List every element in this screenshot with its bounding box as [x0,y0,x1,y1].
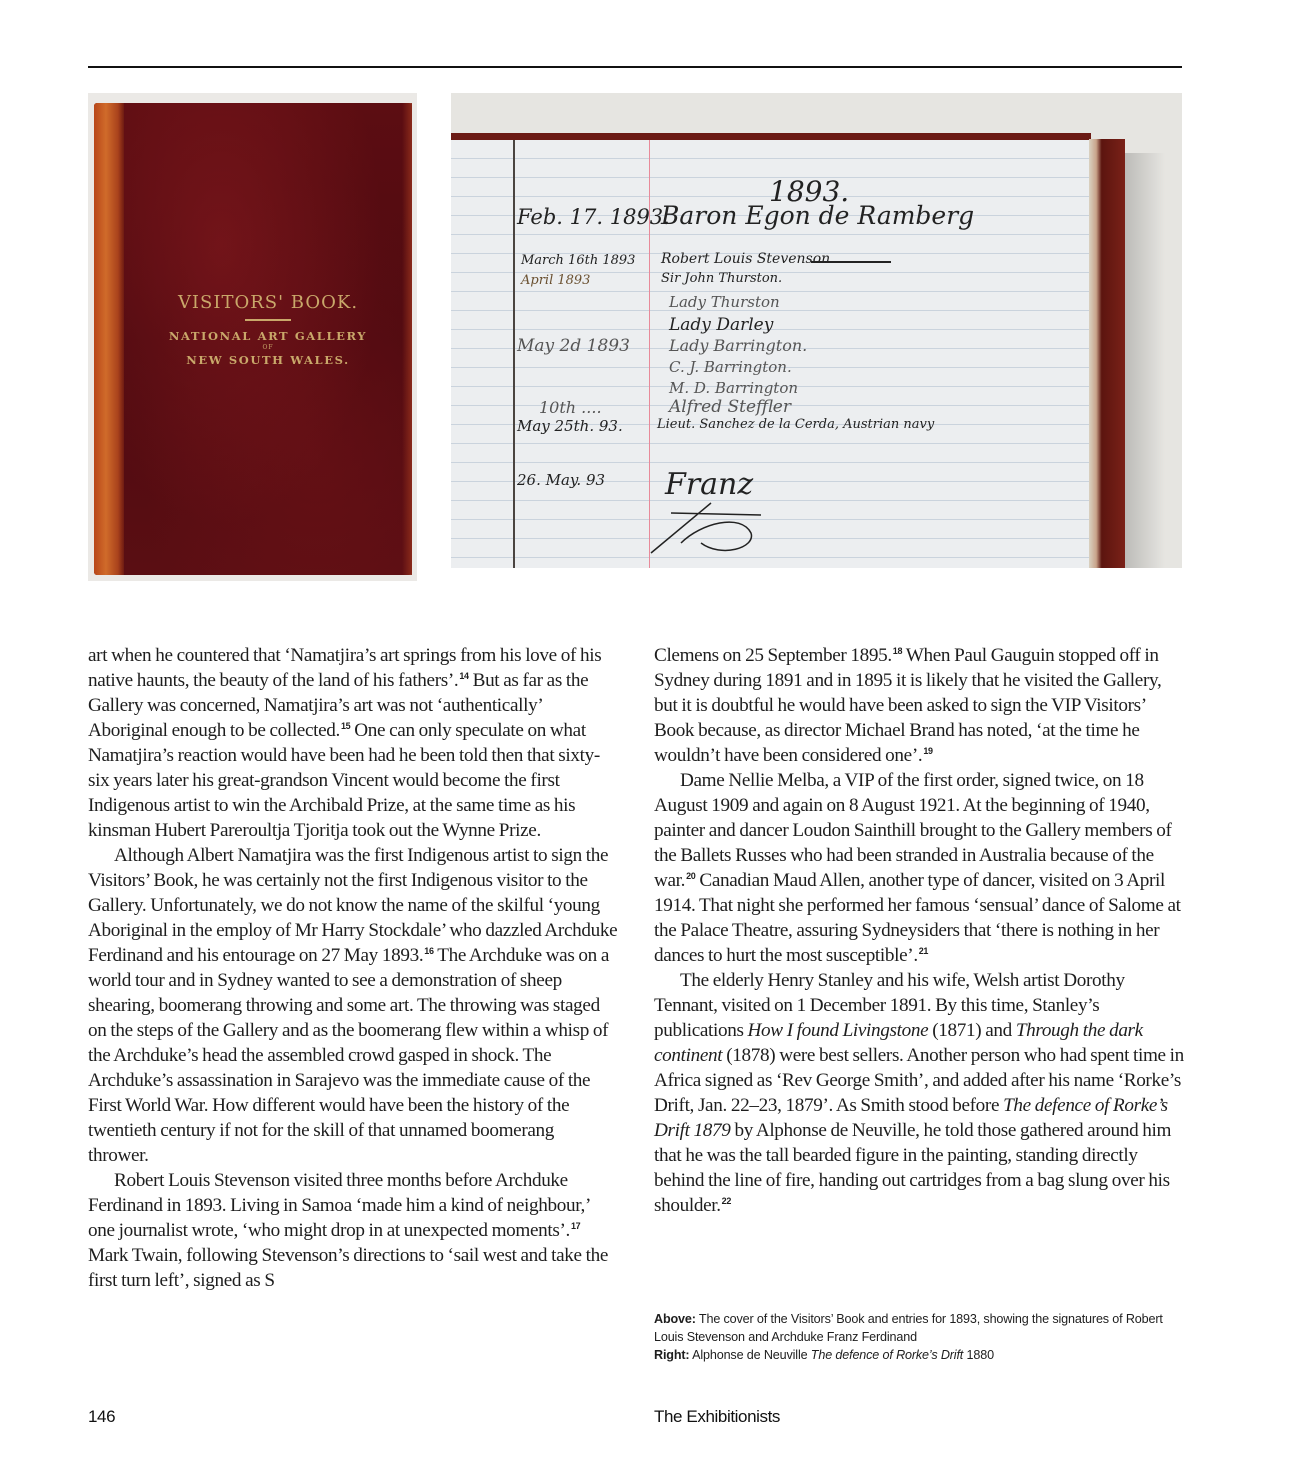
book-spine [94,103,124,575]
paragraph: Clemens on 25 September 1895.18 When Pau… [654,643,1184,768]
caption-above: Above: The cover of the Visitors’ Book a… [654,1310,1174,1346]
ledger-name: Lady Thurston [669,293,780,311]
visitors-book-cover-image: VISITORS' BOOK. NATIONAL ART GALLERY OF … [88,93,417,581]
ledger-name: M. D. Barrington [669,379,798,397]
ledger-name: Alfred Steffler [669,397,791,417]
ledger-name: Sir John Thurston. [661,271,782,286]
ledger-name: Lieut. Sanchez de la Cerda, Austrian nav… [657,417,934,432]
running-footer-title: The Exhibitionists [654,1407,780,1427]
caption-right-text: Alphonse de Neuville [689,1348,810,1362]
top-rule [88,66,1182,68]
title-italic: How I found Livingstone [748,1020,929,1041]
cover-of: OF [124,343,412,353]
caption-artwork-year: 1880 [963,1348,994,1362]
caption-artwork-title: The defence of Rorke’s Drift [811,1348,963,1362]
footnote-ref: 21 [919,946,928,956]
cover-subtitle: NATIONAL ART GALLERY [124,329,412,343]
footnote-ref: 16 [424,946,433,956]
title-italic: The defence of Rorke’s Drift 1879 [654,1095,1168,1141]
footnote-ref: 20 [686,871,695,881]
ledger-gutter [513,140,515,568]
footnote-ref: 15 [341,721,350,731]
book-cover: VISITORS' BOOK. NATIONAL ART GALLERY OF … [94,103,412,575]
ledger-date: May 2d 1893 [517,336,630,356]
cover-location: NEW SOUTH WALES. [124,353,412,367]
ledger-shadow [1125,153,1165,568]
ledger-underline [811,261,891,263]
ledger-date: 26. May. 93 [517,471,605,489]
paragraph: Although Albert Namatjira was the first … [88,843,618,1168]
ledger-name: Lady Barrington. [669,336,807,355]
paragraph: The elderly Henry Stanley and his wife, … [654,968,1184,1218]
footnote-ref: 19 [923,746,932,756]
caption-right-label: Right: [654,1348,689,1362]
body-column-left: art when he countered that ‘Namatjira’s … [88,643,618,1293]
body-column-right: Clemens on 25 September 1895.18 When Pau… [654,643,1184,1218]
figure-caption: Above: The cover of the Visitors’ Book a… [654,1310,1174,1364]
footnote-ref: 22 [722,1196,731,1206]
caption-right: Right: Alphonse de Neuville The defence … [654,1346,1174,1364]
ledger-date: April 1893 [521,273,590,288]
ledger-name: Robert Louis Stevenson [661,251,830,267]
footnote-ref: 14 [459,671,468,681]
page-number: 146 [88,1407,115,1427]
caption-above-label: Above: [654,1312,696,1326]
cover-ornament [245,319,291,321]
ledger-name: C. J. Barrington. [669,358,792,376]
ledger-date: Feb. 17. 1893. [517,205,670,229]
ledger-name: Baron Egon de Ramberg [661,201,974,230]
signature-flourish-icon [641,483,781,563]
ledger-date: May 25th. 93. [517,417,623,435]
visitors-book-entries-image: 1893. Feb. 17. 1893. Baron Egon de Rambe… [451,93,1182,568]
ledger-page-edge [1089,139,1125,568]
ledger-date: 10th .... [539,398,602,417]
paragraph: art when he countered that ‘Namatjira’s … [88,643,618,843]
paragraph: Dame Nellie Melba, a VIP of the first or… [654,768,1184,968]
footnote-ref: 18 [893,646,902,656]
caption-above-text: The cover of the Visitors’ Book and entr… [654,1312,1163,1344]
ledger-name: Lady Darley [669,315,773,335]
cover-title: VISITORS' BOOK. [124,291,412,315]
paragraph: Robert Louis Stevenson visited three mon… [88,1168,618,1293]
ledger-date: March 16th 1893 [521,253,635,268]
cover-title-block: VISITORS' BOOK. NATIONAL ART GALLERY OF … [124,291,412,367]
footnote-ref: 17 [571,1221,580,1231]
